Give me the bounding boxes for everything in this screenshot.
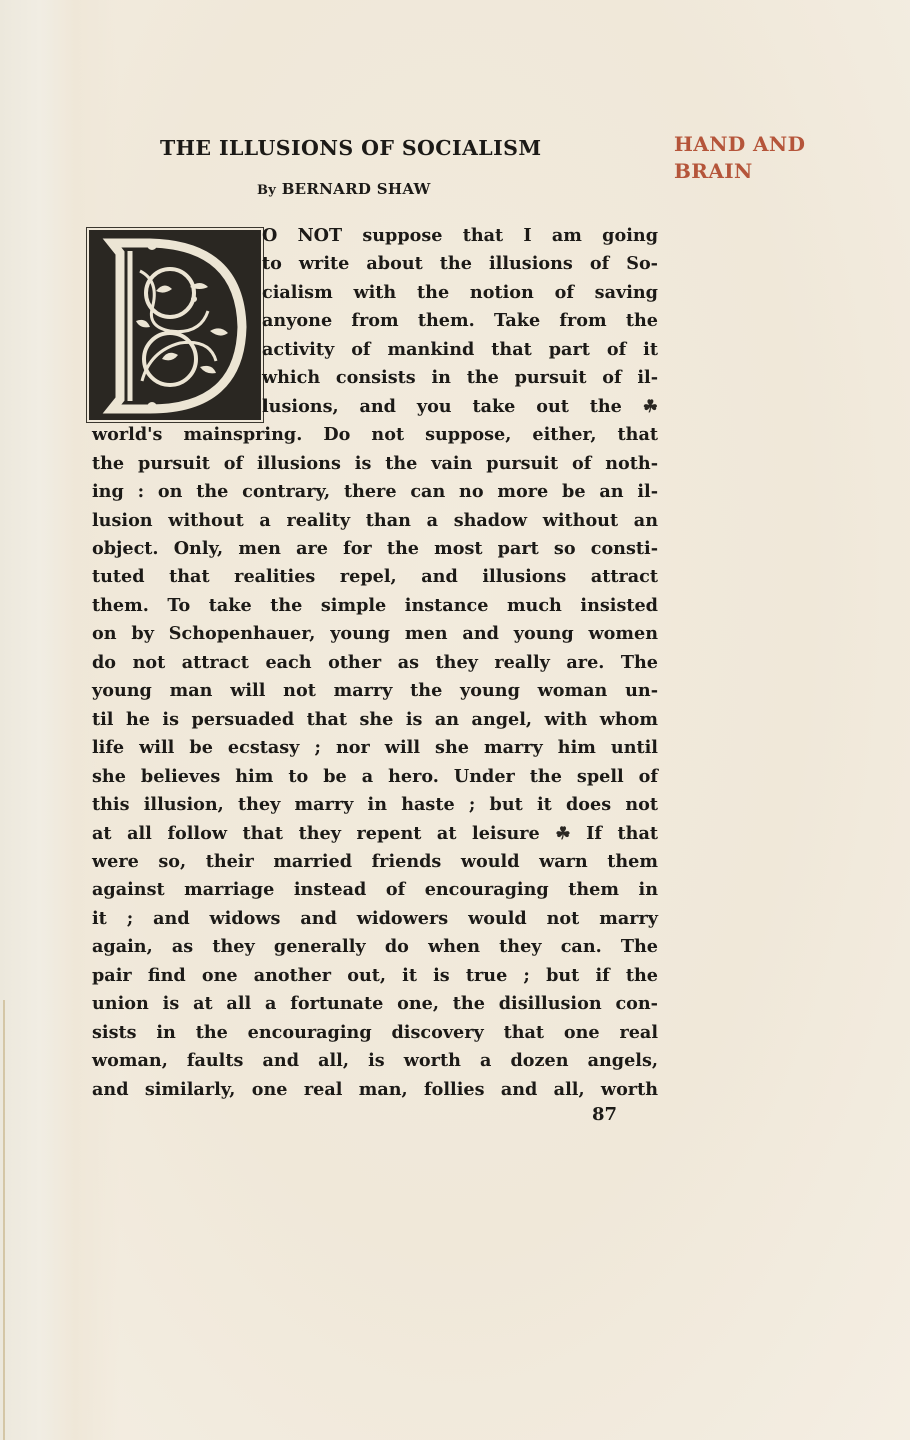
body-line: it ; and widows and widowers would not m… <box>92 905 658 933</box>
body-line-text: lusions, and you take out the <box>262 396 622 417</box>
body-line: and similarly, one real man, follies and… <box>92 1076 658 1104</box>
body-line: woman, faults and all, is worth a dozen … <box>92 1047 658 1075</box>
shamrock-fleuron-icon: ☘ <box>555 824 570 844</box>
body-line: on by Schopenhauer, young men and young … <box>92 620 658 648</box>
body-line: til he is persuaded that she is an angel… <box>92 706 658 734</box>
body-line: ing : on the contrary, there can no more… <box>92 478 658 506</box>
body-line: do not attract each other as they really… <box>92 649 658 677</box>
section-heading-line-1: HAND AND <box>674 131 834 158</box>
body-line-text: If that <box>586 823 658 844</box>
body-line-with-fleuron: at all follow that they repent at leisur… <box>92 820 658 848</box>
body-line: lusion without a reality than a shadow w… <box>92 507 658 535</box>
body-line: again, as they generally do when they ca… <box>92 933 658 961</box>
body-line-with-fleuron: lusions, and you take out the ☘ <box>262 393 658 421</box>
body-line: union is at all a fortunate one, the dis… <box>92 990 658 1018</box>
body-line: object. Only, men are for the most part … <box>92 535 658 563</box>
section-heading-line-2: BRAIN <box>674 158 834 185</box>
body-line: sists in the encouraging discovery that … <box>92 1019 658 1047</box>
body-line: pair find one another out, it is true ; … <box>92 962 658 990</box>
body-line: the pursuit of illusions is the vain pur… <box>92 450 658 478</box>
shamrock-fleuron-icon: ☘ <box>643 397 658 417</box>
body-line: which consists in the pursuit of il- <box>262 364 658 392</box>
body-line: against marriage instead of encouraging … <box>92 876 658 904</box>
body-line: young man will not marry the young woman… <box>92 677 658 705</box>
body-line: them. To take the simple instance much i… <box>92 592 658 620</box>
page-spine-edge <box>3 1000 5 1440</box>
running-section-heading: HAND AND BRAIN <box>674 131 834 185</box>
body-line: to write about the illusions of So- <box>262 250 658 278</box>
body-line: cialism with the notion of saving <box>262 279 658 307</box>
body-line: O NOT suppose that I am going <box>262 222 658 250</box>
byline-prefix: By <box>257 183 276 198</box>
body-line: activity of mankind that part of it <box>262 336 658 364</box>
body-line-text: at all follow that they repent at leisur… <box>92 823 540 844</box>
body-line: tuted that realities repel, and illusion… <box>92 563 658 591</box>
page-number: 87 <box>592 1104 617 1125</box>
body-line: were so, their married friends would war… <box>92 848 658 876</box>
body-line: anyone from them. Take from the <box>262 307 658 335</box>
author-name: BERNARD SHAW <box>282 180 431 198</box>
body-line: this illusion, they marry in haste ; but… <box>92 791 658 819</box>
body-line: life will be ecstasy ; nor will she marr… <box>92 734 658 762</box>
body-line: world's mainspring. Do not suppose, eith… <box>92 421 658 449</box>
article-title: THE ILLUSIONS OF SOCIALISM <box>160 136 584 160</box>
byline: By BERNARD SHAW <box>257 180 431 198</box>
body-line: she believes him to be a hero. Under the… <box>92 763 658 791</box>
article-body: O NOT suppose that I am going to write a… <box>92 222 658 1104</box>
